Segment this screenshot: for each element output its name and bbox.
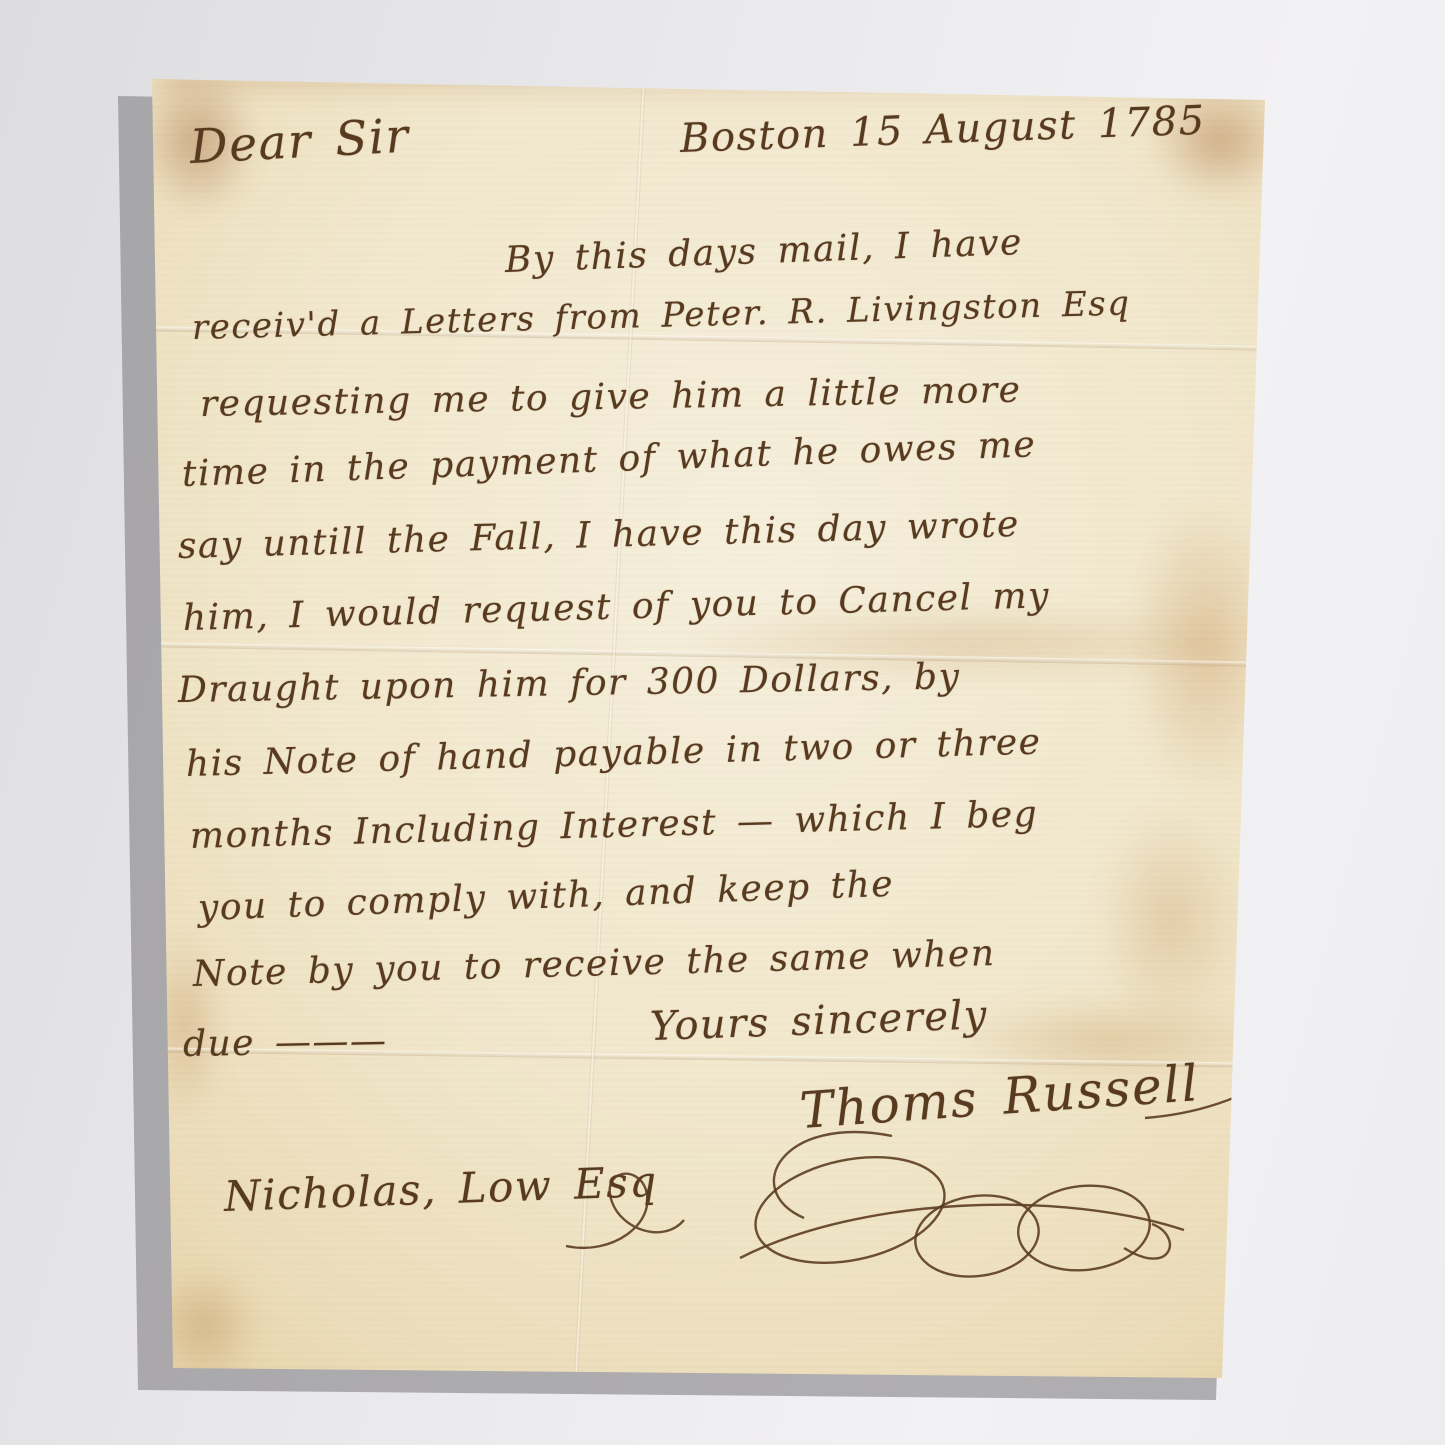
body-line: By this days mail, I have (504, 222, 1023, 281)
stain-right-edge-middle (1130, 500, 1280, 790)
letter-sheet: Dear Sir Boston 15 August 1785 By this d… (0, 0, 1445, 1445)
closing-text: Yours sincerely (649, 992, 988, 1050)
body-line: months Including Interest — which I beg (189, 794, 1038, 857)
fold-crease-middle (160, 642, 1255, 666)
body-line: him, I would request of you to Cancel my (182, 575, 1050, 639)
signature-text: Thoms Russell (798, 1054, 1201, 1140)
stain-top-right-corner (1150, 80, 1290, 200)
body-line: receiv'd a Letters from Peter. R. Living… (191, 283, 1130, 348)
addressee-flourish (560, 1160, 690, 1270)
fold-crease-lower (165, 1047, 1245, 1067)
signature-flourish (732, 1128, 1192, 1308)
fold-crease-upper (155, 326, 1260, 350)
stain-top-edge (160, 70, 1270, 96)
body-line: time in the payment of what he owes me (181, 424, 1037, 495)
stain-fold-band-lower-right (960, 1000, 1260, 1080)
body-line: Note by you to receive the same when (192, 933, 996, 995)
closing-flourish (1140, 960, 1350, 1130)
body-line: due ——— (183, 1020, 388, 1065)
body-line: requesting me to give him a little more (200, 370, 1022, 425)
salutation-text: Dear Sir (189, 109, 411, 175)
dateline-text: Boston 15 August 1785 (679, 98, 1206, 162)
fold-crease-vertical (574, 81, 646, 1374)
photo-of-letter: Dear Sir Boston 15 August 1785 By this d… (0, 0, 1445, 1445)
stain-fold-band-right (690, 608, 1250, 678)
addressee-text: Nicholas, Low Esq (223, 1157, 658, 1221)
body-line: say untill the Fall, I have this day wro… (177, 504, 1020, 567)
stain-right-edge-lower (1100, 810, 1240, 1030)
stain-top-left-corner (138, 66, 258, 216)
body-line: Draught upon him for 300 Dollars, by (178, 656, 961, 711)
body-line: his Note of hand payable in two or three (185, 722, 1042, 785)
body-line: you to comply with, and keep the (197, 864, 894, 929)
